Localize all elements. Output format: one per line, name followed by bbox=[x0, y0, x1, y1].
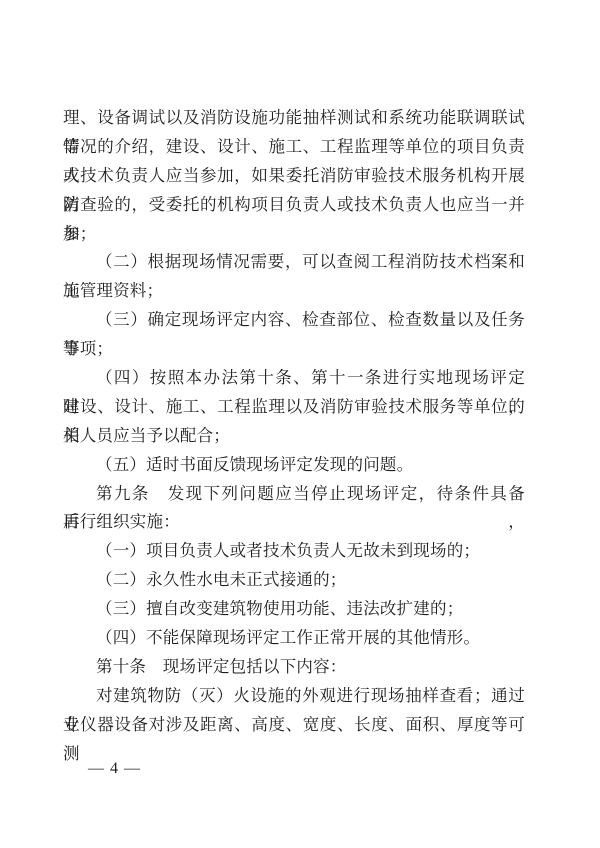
text-line: 理、设备调试以及消防设施功能抽样测试和系统功能联调联试等 bbox=[63, 104, 525, 133]
text-line: （三）确定现场评定内容、检查部位、检查数量以及任务等 bbox=[63, 306, 525, 335]
text-line: （三）擅自改变建筑物使用功能、违法改扩建的； bbox=[63, 595, 525, 624]
text-line: （二）根据现场情况需要，可以查阅工程消防技术档案和施 bbox=[63, 248, 525, 277]
text-line: 业仪器设备对涉及距离、高度、宽度、长度、面积、厚度等可测 bbox=[63, 711, 525, 740]
text-line: 防查验的，受委托的机构项目负责人或技术负责人也应当一并参 bbox=[63, 191, 525, 220]
text-line: （五）适时书面反馈现场评定发现的问题。 bbox=[63, 451, 525, 480]
page-number: — 4 — bbox=[88, 760, 141, 778]
text-line: （二）永久性水电未正式接通的； bbox=[63, 566, 525, 595]
document-body: 理、设备调试以及消防设施功能抽样测试和系统功能联调联试等 情况的介绍，建设、设计… bbox=[63, 104, 525, 740]
text-line: （四）按照本办法第十条、第十一条进行实地现场评定时， bbox=[63, 364, 525, 393]
text-line: 或技术负责人应当参加，如果委托消防审验技术服务机构开展消 bbox=[63, 162, 525, 191]
text-line: 加； bbox=[63, 220, 525, 249]
text-line: 事项； bbox=[63, 335, 525, 364]
text-line: 第十条 现场评定包括以下内容： bbox=[63, 653, 525, 682]
text-line: （一）项目负责人或者技术负责人无故未到现场的； bbox=[63, 537, 525, 566]
text-line: 情况的介绍，建设、设计、施工、工程监理等单位的项目负责人 bbox=[63, 133, 525, 162]
text-line: 对建筑物防（灭）火设施的外观进行现场抽样查看；通过专 bbox=[63, 682, 525, 711]
text-line: 关人员应当予以配合； bbox=[63, 422, 525, 451]
text-line: 工管理资料； bbox=[63, 277, 525, 306]
document-page: 理、设备调试以及消防设施功能抽样测试和系统功能联调联试等 情况的介绍，建设、设计… bbox=[0, 0, 600, 848]
text-line: 建设、设计、施工、工程监理以及消防审验技术服务等单位的相 bbox=[63, 393, 525, 422]
text-line: （四）不能保障现场评定工作正常开展的其他情形。 bbox=[63, 624, 525, 653]
text-line: 第九条 发现下列问题应当停止现场评定，待条件具备后， bbox=[63, 480, 525, 509]
